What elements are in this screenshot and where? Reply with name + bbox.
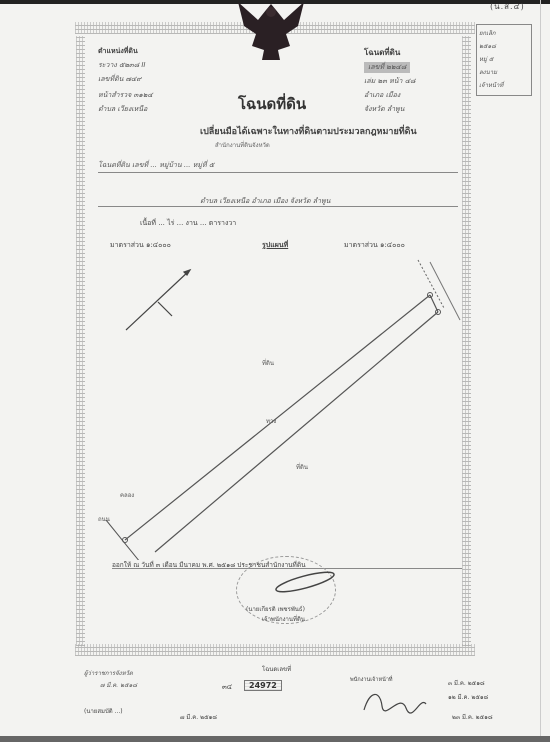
parcel-plan bbox=[60, 250, 480, 560]
plan-neighbor-label: ที่ดิน bbox=[296, 462, 308, 472]
signature-icon bbox=[360, 686, 430, 716]
side-annotation-box: ยกเลิก ๒๕๑๘ หมู่ ๕ ลงนาม เจ้าหน้าที่ bbox=[476, 24, 532, 96]
registration-date: ๒๓ มี.ค. ๒๕๑๘ bbox=[452, 712, 493, 722]
signature-icon bbox=[270, 570, 340, 594]
side-note-line: ลงนาม bbox=[479, 67, 529, 77]
north-arrow-icon bbox=[126, 270, 190, 330]
document-code: (น.ส.๔) bbox=[490, 0, 525, 13]
deed-label: โฉนดที่ดิน bbox=[364, 46, 400, 59]
parcel-boundary bbox=[155, 312, 438, 552]
side-note-line: ยกเลิก bbox=[479, 28, 529, 38]
plan-neighbor-label: ที่ดิน bbox=[262, 358, 274, 368]
border-pattern-bottom bbox=[75, 644, 475, 656]
side-note-line: หมู่ ๕ bbox=[479, 54, 529, 64]
registration-date: ๓ มี.ค. ๒๕๑๘ bbox=[448, 678, 485, 688]
deed-number-label: โฉนดเลขที่ bbox=[262, 664, 291, 674]
deed-serial-number: 24972 bbox=[244, 680, 282, 691]
side-note-line: ๒๕๑๘ bbox=[479, 41, 529, 51]
official-name: (นายเกียรติ เพชรพันธ์) bbox=[246, 604, 305, 614]
side-note-line: เจ้าหน้าที่ bbox=[479, 80, 529, 90]
plan-neighbor-label: คลอง bbox=[120, 490, 134, 500]
registration-date: ๑๒ มี.ค. ๒๕๑๘ bbox=[448, 692, 488, 702]
garuda-emblem-icon bbox=[228, 0, 314, 62]
rule-line bbox=[98, 172, 458, 173]
area-line: เนื้อที่ ... ไร่ ... งาน ... ตารางวา bbox=[140, 218, 236, 229]
district: ตำบล เวียงเหนือ bbox=[98, 104, 147, 115]
signature-date-2: ๗ มี.ค. ๒๕๑๘ bbox=[180, 712, 217, 722]
map-sheet: ระวาง ๕๒๓๘ II bbox=[98, 60, 145, 71]
official-label: พนักงานเจ้าหน้าที่ bbox=[350, 676, 393, 684]
official-title: เจ้าพนักงานที่ดิน bbox=[262, 614, 305, 624]
parcel-boundary bbox=[125, 295, 430, 540]
plan-neighbor-label: ทาง bbox=[266, 416, 276, 426]
page-subtitle: เปลี่ยนมือได้เฉพาะในทางที่ดินตามประมวลกฎ… bbox=[200, 124, 417, 138]
scan-right-edge bbox=[540, 0, 541, 742]
page-subtitle-2: สำนักงานที่ดินจังหวัด bbox=[215, 140, 270, 150]
owner-line: โฉนดที่ดิน เลขที่ ... หมู่บ้าน ... หมู่ท… bbox=[98, 160, 214, 171]
deed-number: เลขที่ ๒๒๔๘ bbox=[364, 62, 410, 73]
signature-date: ๗ มี.ค. ๒๕๑๘ bbox=[100, 680, 137, 690]
province: จังหวัด ลำพูน bbox=[364, 104, 404, 115]
signatory-name: (นายสมบัติ ...) bbox=[84, 706, 123, 716]
deed-prefix: ๓๔ bbox=[222, 682, 232, 693]
governor-signature-line: ผู้ว่าราชการจังหวัด bbox=[84, 668, 133, 678]
book-page: เล่ม ๒๓ หน้า ๔๘ bbox=[364, 76, 415, 87]
amphoe: อำเภอ เมือง bbox=[364, 90, 400, 101]
scan-bottom-edge bbox=[0, 736, 550, 742]
survey-page: หน้าสำรวจ ๓๑๒๔ bbox=[98, 90, 153, 101]
plan-neighbor-label: ถนน bbox=[98, 514, 110, 524]
location-label: ตำแหน่งที่ดิน bbox=[98, 46, 138, 57]
parcel-number: เลขที่ดิน ๗๔๙ bbox=[98, 74, 141, 85]
page-title: โฉนดที่ดิน bbox=[238, 92, 306, 116]
rule-line bbox=[98, 206, 458, 207]
